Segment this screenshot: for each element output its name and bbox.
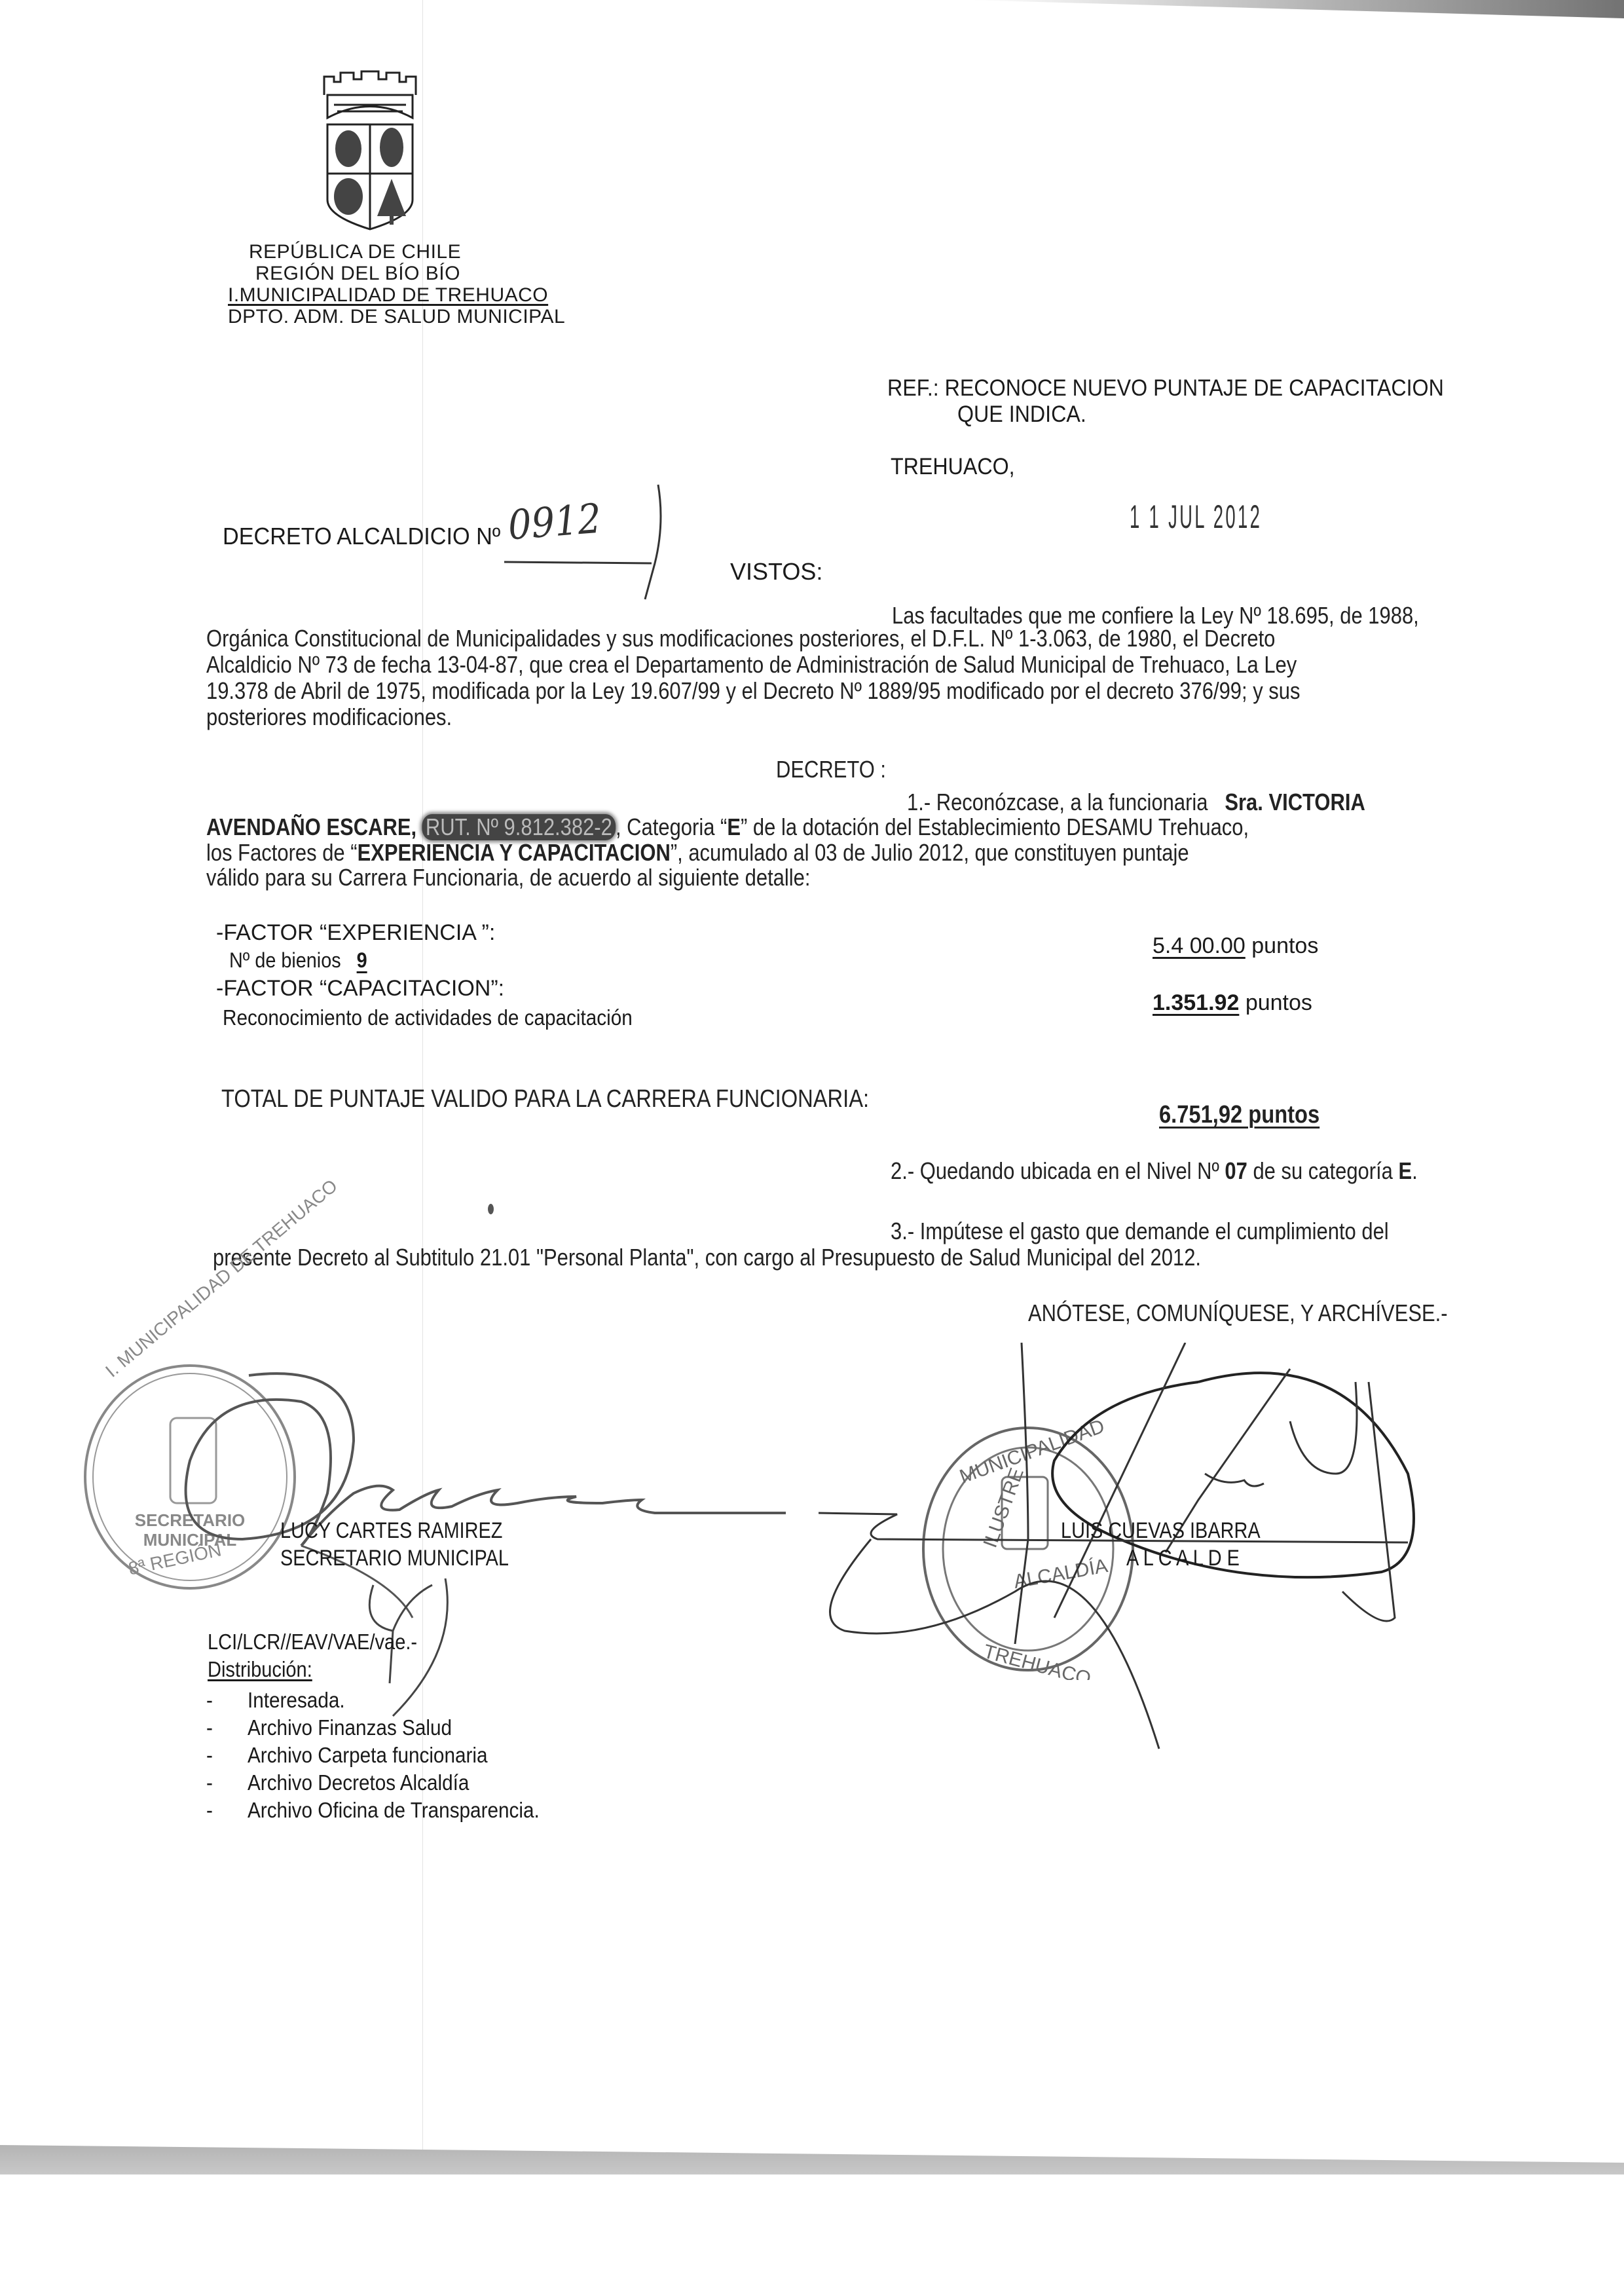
secretary-title: SECRETARIO MUNICIPAL bbox=[280, 1546, 509, 1571]
distribution-item-label: Interesada. bbox=[248, 1687, 345, 1714]
item1-text: , Categoria “ bbox=[616, 813, 727, 840]
item2-category: E bbox=[1398, 1157, 1412, 1184]
decreto-heading: DECRETO : bbox=[776, 756, 886, 783]
reference-line-2: QUE INDICA. bbox=[957, 401, 1086, 428]
mayor-seal-icon: ILUSTRE MUNICIPALIDAD ALCALDÍA TREHUACO bbox=[917, 1418, 1153, 1680]
closing-formula: ANÓTESE, COMUNÍQUESE, Y ARCHÍVESE.- bbox=[1028, 1300, 1448, 1326]
bienios-label: Nº de bienios bbox=[229, 948, 341, 972]
svg-text:TREHUACO: TREHUACO bbox=[981, 1641, 1093, 1680]
secretary-name: LUCY CARTES RAMIREZ bbox=[280, 1518, 502, 1544]
item2-text-c: . bbox=[1412, 1157, 1418, 1184]
vistos-line-4: 19.378 de Abril de 1975, modificada por … bbox=[206, 678, 1300, 704]
item2-text-b: de su categoría bbox=[1247, 1157, 1399, 1184]
decree-label: DECRETO ALCALDICIO Nº bbox=[223, 523, 500, 550]
distribution-item-label: Archivo Finanzas Salud bbox=[248, 1714, 452, 1742]
distribution-item: -Archivo Oficina de Transparencia. bbox=[206, 1797, 540, 1824]
factor-experience-detail: Nº de bienios 9 bbox=[229, 948, 367, 973]
item1-name: AVENDAÑO ESCARE, bbox=[206, 813, 416, 840]
item2: 2.- Quedando ubicada en el Nivel Nº 07 d… bbox=[891, 1158, 1418, 1184]
vistos-heading: VISTOS: bbox=[730, 558, 822, 586]
svg-text:ALCALDÍA: ALCALDÍA bbox=[1012, 1555, 1109, 1593]
factor-experience-points: 5.4 00.00 puntos bbox=[1153, 933, 1318, 959]
scan-shadow-top bbox=[969, 0, 1624, 18]
item3-line-2: presente Decreto al Subtitulo 21.01 "Per… bbox=[213, 1244, 1201, 1271]
item2-level: 07 bbox=[1225, 1157, 1247, 1184]
factor-experience-label: -FACTOR “EXPERIENCIA ”: bbox=[216, 920, 495, 946]
header-region: REGIÓN DEL BÍO BÍO bbox=[255, 263, 460, 284]
reference-line-1: REF.: RECONOCE NUEVO PUNTAJE DE CAPACITA… bbox=[887, 375, 1444, 402]
redacted-rut: RUT. Nº 9.812.382-2 bbox=[422, 814, 616, 840]
date-stamp: 1 1 JUL 2012 bbox=[1130, 498, 1262, 536]
item1-category: E bbox=[727, 813, 741, 840]
total-value: 6.751,92 puntos bbox=[1159, 1102, 1319, 1128]
decree-number-handwritten: 0912 bbox=[507, 494, 602, 550]
item3-line-1: 3.- Impútese el gasto que demande el cum… bbox=[891, 1218, 1389, 1244]
vistos-line-5: posteriores modificaciones. bbox=[206, 704, 452, 730]
ink-spot bbox=[488, 1204, 494, 1214]
item1-line-4: válido para su Carrera Funcionaria, de a… bbox=[206, 865, 810, 891]
distribution-item: -Archivo Decretos Alcaldía bbox=[206, 1769, 540, 1797]
distribution-list: -Interesada. -Archivo Finanzas Salud -Ar… bbox=[206, 1687, 540, 1824]
mayor-name: LUIS CUEVAS IBARRA bbox=[1061, 1518, 1261, 1544]
item1-factors: EXPERIENCIA Y CAPACITACION bbox=[358, 839, 671, 866]
secretary-seal-outer-text: I. MUNICIPALIDAD DE TREHUACO bbox=[101, 1176, 342, 1382]
experience-points-value: 5.4 00.00 bbox=[1153, 933, 1246, 958]
item1-text-2: ” de la dotación del Establecimiento DES… bbox=[741, 813, 1249, 840]
distribution-item: -Archivo Finanzas Salud bbox=[206, 1714, 540, 1742]
vistos-line-3: Alcaldicio Nº 73 de fecha 13-04-87, que … bbox=[206, 652, 1297, 678]
training-points-unit: puntos bbox=[1246, 990, 1312, 1015]
bienios-value: 9 bbox=[357, 948, 367, 972]
svg-text:SECRETARIO: SECRETARIO bbox=[135, 1510, 246, 1530]
distribution-item-label: Archivo Decretos Alcaldía bbox=[248, 1769, 469, 1797]
item1-title: Sra. VICTORIA bbox=[1225, 789, 1365, 815]
item1-line3-a: los Factores de “ bbox=[206, 839, 358, 866]
training-points-value: 1.351.92 bbox=[1153, 990, 1239, 1015]
header-municipality: I.MUNICIPALIDAD DE TREHUACO bbox=[228, 284, 548, 306]
header-department: DPTO. ADM. DE SALUD MUNICIPAL bbox=[228, 306, 565, 327]
secretary-seal-bottom-text: 8ª REGIÓN bbox=[126, 1539, 223, 1579]
svg-text:MUNICIPALIDAD: MUNICIPALIDAD bbox=[957, 1418, 1107, 1488]
mayor-title: A L C A L D E bbox=[1126, 1546, 1240, 1571]
item1-line-2: AVENDAÑO ESCARE, RUT. Nº 9.812.382-2, Ca… bbox=[206, 814, 1249, 840]
distribution-item-label: Archivo Carpeta funcionaria bbox=[248, 1742, 487, 1769]
experience-points-unit: puntos bbox=[1251, 933, 1318, 958]
header-republic: REPÚBLICA DE CHILE bbox=[249, 241, 461, 263]
scan-shadow-bottom bbox=[0, 2145, 1624, 2174]
total-label: TOTAL DE PUNTAJE VALIDO PARA LA CARRERA … bbox=[221, 1086, 869, 1112]
vistos-line-2: Orgánica Constitucional de Municipalidad… bbox=[206, 625, 1275, 652]
item1-intro: 1.- Reconózcase, a la funcionaria bbox=[907, 789, 1208, 815]
item1-line-1: 1.- Reconózcase, a la funcionaria Sra. V… bbox=[907, 789, 1365, 815]
distribution-item: -Interesada. bbox=[206, 1687, 540, 1714]
secretary-signature-icon bbox=[131, 1362, 851, 1624]
item1-line3-b: ”, acumulado al 03 de Julio 2012, que co… bbox=[671, 839, 1189, 866]
distribution-item: -Archivo Carpeta funcionaria bbox=[206, 1742, 540, 1769]
svg-text:ILUSTRE: ILUSTRE bbox=[980, 1465, 1028, 1550]
distribution-item-label: Archivo Oficina de Transparencia. bbox=[248, 1797, 540, 1824]
factor-training-detail: Reconocimiento de actividades de capacit… bbox=[223, 1005, 633, 1030]
factor-training-label: -FACTOR “CAPACITACION”: bbox=[216, 976, 504, 1001]
coat-of-arms-icon bbox=[314, 69, 426, 236]
factor-training-points: 1.351.92 puntos bbox=[1153, 990, 1312, 1016]
item1-line-3: los Factores de “EXPERIENCIA Y CAPACITAC… bbox=[206, 840, 1189, 866]
place-label: TREHUACO, bbox=[891, 453, 1015, 481]
distribution-heading: Distribución: bbox=[208, 1657, 312, 1682]
initials-reference: LCI/LCR//EAV/VAE/vae.- bbox=[208, 1630, 417, 1654]
item2-text-a: 2.- Quedando ubicada en el Nivel Nº bbox=[891, 1157, 1225, 1184]
